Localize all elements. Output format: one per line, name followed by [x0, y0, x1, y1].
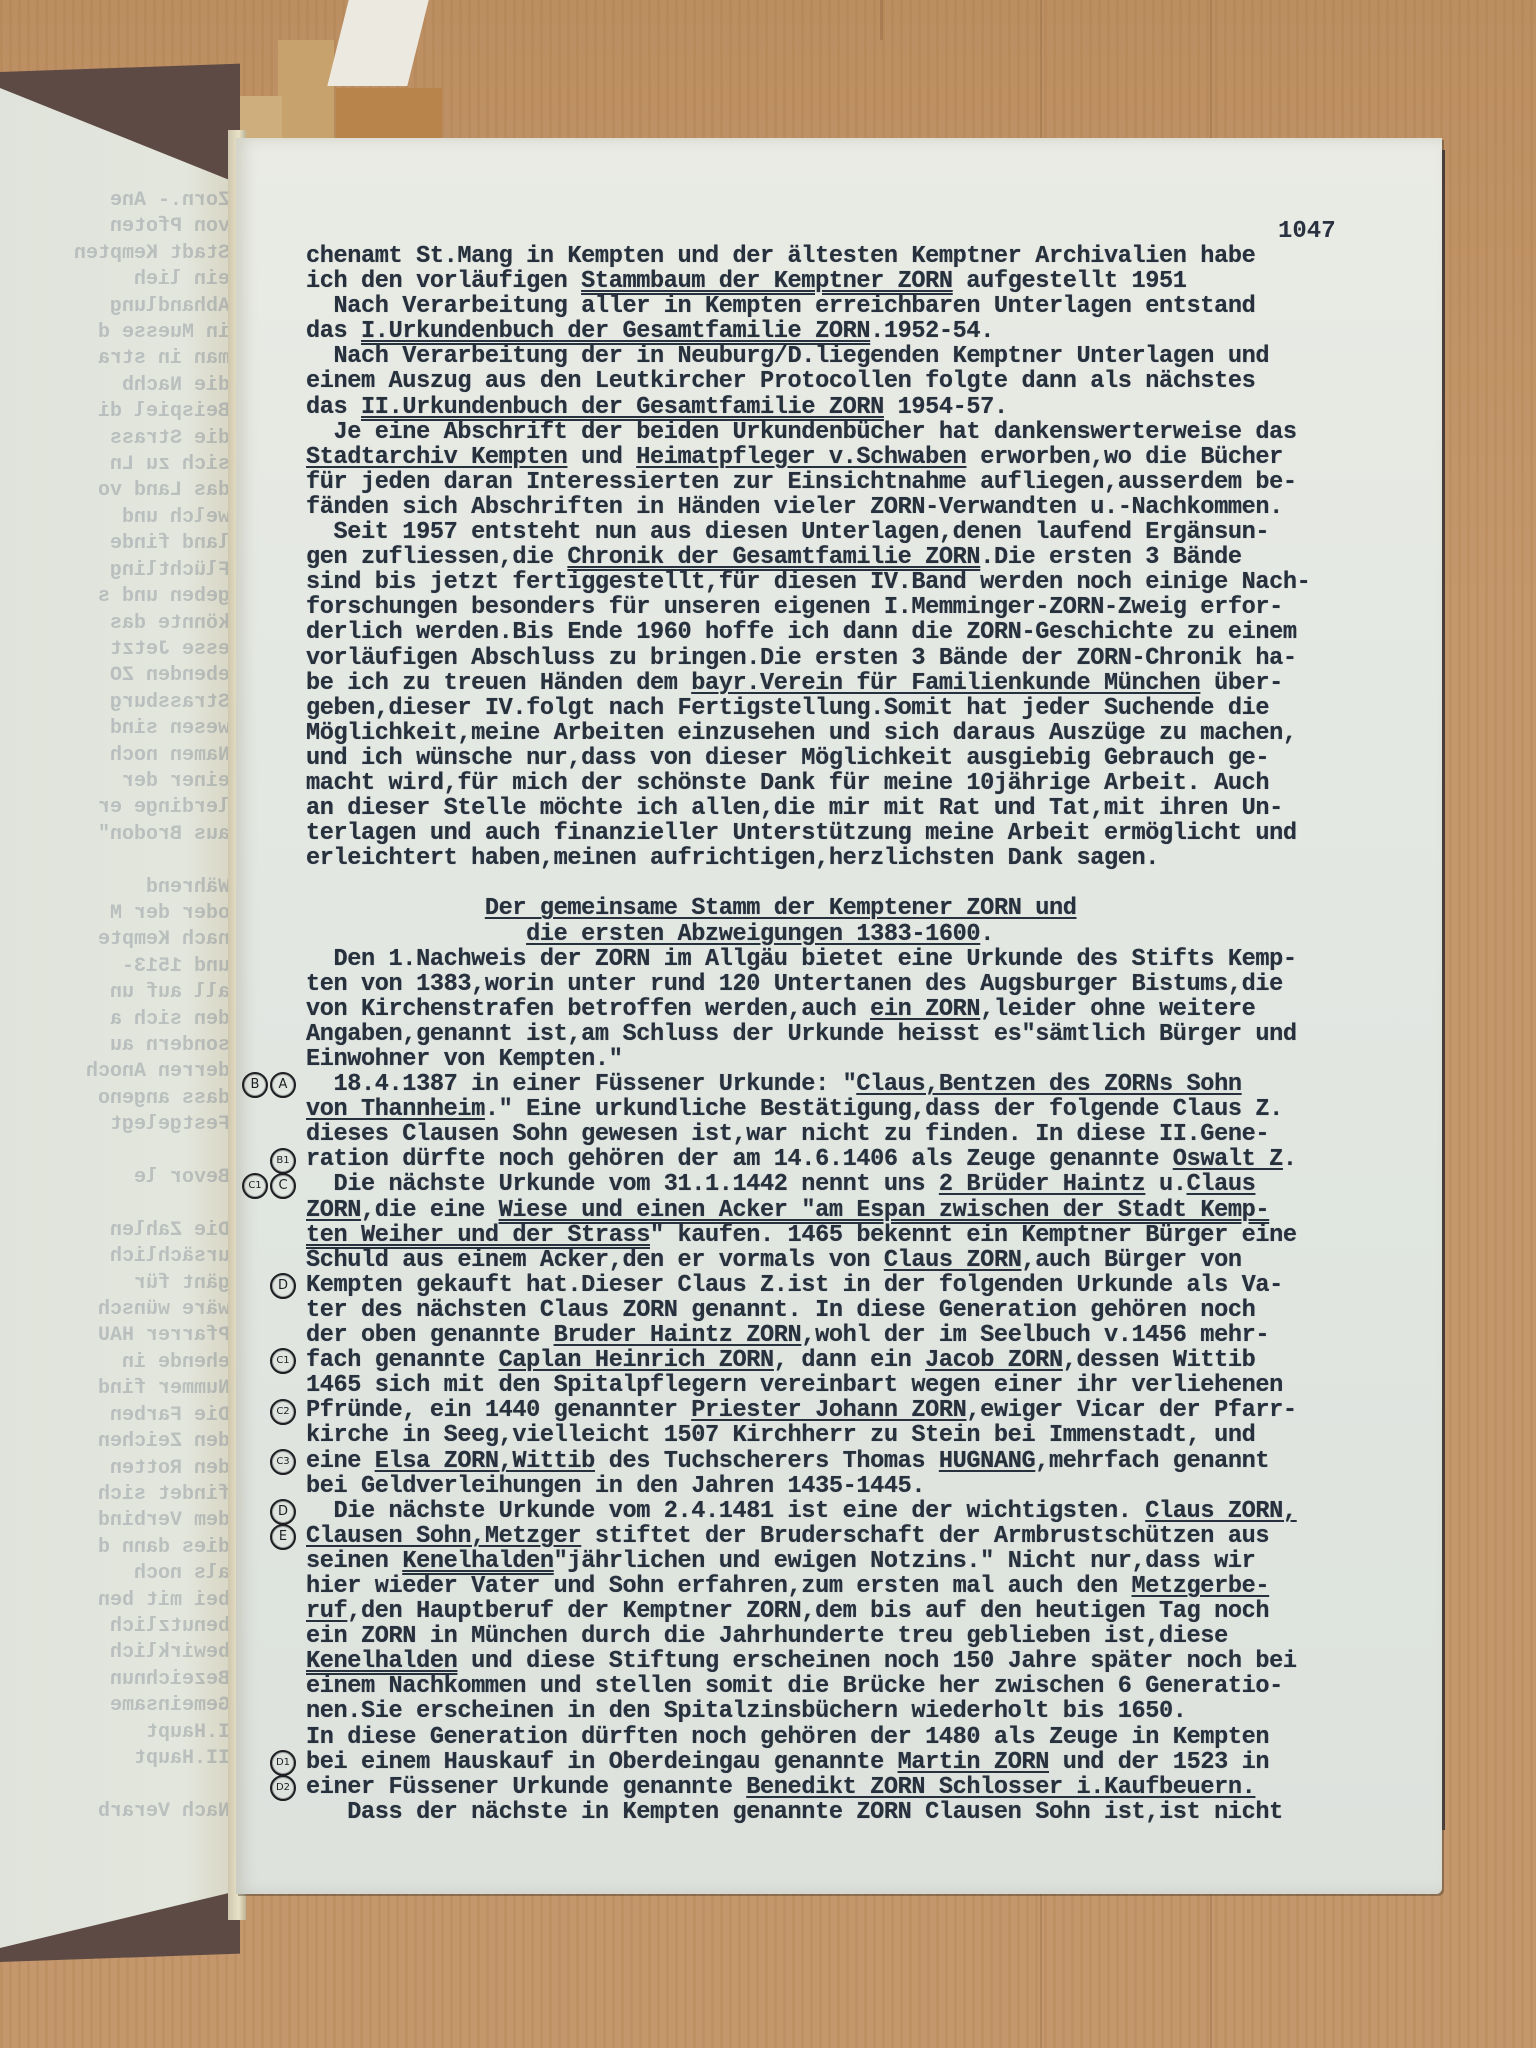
text-run: forschungen besonders für unseren eigene… [306, 594, 1283, 621]
text-run: Die nächste Urkunde vom 31.1.1442 nennt … [306, 1171, 939, 1198]
text-run: und der 1523 in [1049, 1749, 1269, 1776]
text-line: Schuld aus einem Acker,den er vormals vo… [306, 1248, 1426, 1273]
text-line: Die nächste Urkunde vom 31.1.1442 nennt … [306, 1172, 1426, 1197]
text-run: ,dessen Wittib [1063, 1347, 1256, 1374]
text-run: 1465 sich mit den Spitalpflegern vereinb… [306, 1372, 1283, 1399]
text-line: Angaben,genannt ist,am Schluss der Urkun… [306, 1022, 1426, 1047]
margin-annotation-circle: B1 [270, 1148, 296, 1174]
typewritten-body: chenamt St.Mang in Kempten und der ältes… [306, 244, 1426, 1825]
underlined-phrase: Jacob ZORN [925, 1347, 1063, 1374]
underlined-phrase: II.Urkundenbuch der Gesamtfamilie ZORN [361, 394, 884, 421]
text-line: derlich werden.Bis Ende 1960 hoffe ich d… [306, 620, 1426, 645]
text-run: "jährlichen und ewigen Notzins." Nicht n… [554, 1548, 1256, 1575]
text-run: .1952-54. [870, 318, 994, 345]
underlined-phrase: Metzgerbe- [1132, 1573, 1270, 1600]
text-run: .Die ersten 3 Bände [980, 544, 1241, 571]
text-line: und ich wünsche nur,dass von dieser Mögl… [306, 746, 1426, 771]
underlined-phrase: die ersten Abzweigungen 1383-1600 [526, 921, 980, 948]
text-run: von Kirchenstrafen betroffen werden,auch [306, 996, 870, 1023]
text-run: aufgestellt 1951 [953, 268, 1187, 295]
text-run: macht wird,für mich der schönste Dank fü… [306, 770, 1269, 797]
text-run: stiftet der Bruderschaft der Armbrustsch… [581, 1523, 1269, 1550]
text-line: 18.4.1387 in einer Füssener Urkunde: "Cl… [306, 1072, 1426, 1097]
underlined-phrase: von Thannheim [306, 1096, 485, 1123]
text-line: geben,dieser IV.folgt nach Fertigstellun… [306, 696, 1426, 721]
wood-knot [880, 0, 883, 40]
text-run: ,leider ohne weitere [980, 996, 1255, 1023]
margin-annotation-circle: D [270, 1499, 296, 1525]
text-run: eine [306, 1448, 375, 1475]
text-run: Je eine Abschrift der beiden Urkundenbüc… [306, 419, 1297, 446]
underlined-phrase: Clausen Sohn,Metzger [306, 1523, 581, 1550]
text-run: 1954-57. [884, 394, 1008, 421]
page-edge [1442, 150, 1445, 1830]
text-line: der oben genannte Bruder Haintz ZORN,woh… [306, 1323, 1426, 1348]
text-line: kirche in Seeg,vielleicht 1507 Kirchherr… [306, 1423, 1426, 1448]
tape-strip [327, 0, 428, 86]
showthrough-text: Zorn.- Ane von Pfoten Stadt Kempten ein … [0, 188, 230, 1825]
text-line: erleichtert haben,meinen aufrichtigen,he… [306, 846, 1426, 871]
text-line [306, 871, 1426, 896]
text-run: Dass der nächste in Kempten genannte ZOR… [306, 1799, 1283, 1826]
text-line: seinen Kenelhalden"jährlichen und ewigen… [306, 1549, 1426, 1574]
text-run: bei einem Hauskauf in Oberdeingau genann… [306, 1749, 898, 1776]
text-run: vorläufigen Abschluss zu bringen.Die ers… [306, 645, 1297, 672]
text-line: hier wieder Vater und Sohn erfahren,zum … [306, 1574, 1426, 1599]
text-run: ter des nächsten Claus ZORN genannt. In … [306, 1297, 1255, 1324]
text-run: u. [1145, 1171, 1186, 1198]
text-run: und ich wünsche nur,dass von dieser Mögl… [306, 745, 1269, 772]
text-line: von Kirchenstrafen betroffen werden,auch… [306, 997, 1426, 1022]
text-run: gen zufliessen,die [306, 544, 567, 571]
text-line: terlagen und auch finanzieller Unterstüt… [306, 821, 1426, 846]
text-run: der oben genannte [306, 1322, 554, 1349]
text-line: chenamt St.Mang in Kempten und der ältes… [306, 244, 1426, 269]
text-line: sind bis jetzt fertiggestellt,für diesen… [306, 570, 1426, 595]
underlined-phrase: HUGNANG [939, 1448, 1035, 1475]
text-line: Je eine Abschrift der beiden Urkundenbüc… [306, 420, 1426, 445]
text-run: erleichtert haben,meinen aufrichtigen,he… [306, 845, 1159, 872]
text-line: einem Auszug aus den Leutkircher Protoco… [306, 369, 1426, 394]
text-run: ,ewiger Vicar der Pfarr- [966, 1397, 1296, 1424]
text-line: ein ZORN in München durch die Jahrhunder… [306, 1624, 1426, 1649]
text-run: geben,dieser IV.folgt nach Fertigstellun… [306, 695, 1269, 722]
text-run: chenamt St.Mang in Kempten und der ältes… [306, 243, 1255, 270]
text-line: gen zufliessen,die Chronik der Gesamtfam… [306, 545, 1426, 570]
margin-annotation-circle: C1 [242, 1173, 268, 1199]
text-run: 18.4.1387 in einer Füssener Urkunde: " [306, 1071, 856, 1098]
underlined-phrase: Wiese und einen Acker "am Espan zwischen… [499, 1197, 1269, 1224]
margin-annotation-circle: C2 [270, 1399, 296, 1425]
text-run: ich den vorläufigen [306, 268, 581, 295]
text-run: Nach Verarbeitung der in Neuburg/D.liege… [306, 343, 1269, 370]
text-run: be ich zu treuen Händen dem [306, 670, 691, 697]
text-line: Die nächste Urkunde vom 2.4.1481 ist ein… [306, 1499, 1426, 1524]
underlined-phrase: Stadtarchiv Kempten [306, 444, 567, 471]
underlined-phrase: Oswalt Z [1173, 1146, 1283, 1173]
text-line: be ich zu treuen Händen dem bayr.Verein … [306, 671, 1426, 696]
underlined-phrase: Bruder Haintz ZORN [554, 1322, 802, 1349]
text-run: über- [1200, 670, 1283, 697]
text-line: macht wird,für mich der schönste Dank fü… [306, 771, 1426, 796]
text-run: seinen [306, 1548, 402, 1575]
text-line: Stadtarchiv Kempten und Heimatpfleger v.… [306, 445, 1426, 470]
text-run [306, 895, 485, 922]
text-run: Die nächste Urkunde vom 2.4.1481 ist ein… [306, 1498, 1145, 1525]
margin-annotation-circle: E [270, 1524, 296, 1550]
text-run: Schuld aus einem Acker,den er vormals vo… [306, 1247, 884, 1274]
text-line: Pfründe, ein 1440 genannter Priester Joh… [306, 1398, 1426, 1423]
underlined-phrase: ten Weiher und der Strass [306, 1222, 650, 1249]
text-line: Der gemeinsame Stamm der Kemptener ZORN … [306, 896, 1426, 921]
text-run: erworben,wo die Bücher [966, 444, 1282, 471]
text-run: das [306, 394, 361, 421]
underlined-phrase: Chronik der Gesamtfamilie ZORN [567, 544, 980, 571]
text-run: Nach Verarbeitung aller in Kempten errei… [306, 293, 1255, 320]
text-line: ten Weiher und der Strass" kaufen. 1465 … [306, 1223, 1426, 1248]
underlined-phrase: Der gemeinsame Stamm der Kemptener ZORN … [485, 895, 1077, 922]
underlined-phrase: I.Urkundenbuch der Gesamtfamilie ZORN [361, 318, 870, 345]
underlined-phrase: Claus [1187, 1171, 1256, 1198]
text-run: einem Nachkommen und stellen somit die B… [306, 1673, 1283, 1700]
text-run: Möglichkeit,meine Arbeiten einzusehen un… [306, 720, 1297, 747]
text-run: ,die eine [361, 1197, 499, 1224]
text-line: nen.Sie erscheinen in den Spitalzinsbüch… [306, 1699, 1426, 1724]
text-line: vorläufigen Abschluss zu bringen.Die ers… [306, 646, 1426, 671]
text-line: Kenelhalden und diese Stiftung erscheine… [306, 1649, 1426, 1674]
page-number: 1047 [1278, 218, 1336, 245]
text-line: Kempten gekauft hat.Dieser Claus Z.ist i… [306, 1273, 1426, 1298]
underlined-phrase: ein ZORN [870, 996, 980, 1023]
text-line: das II.Urkundenbuch der Gesamtfamilie ZO… [306, 395, 1426, 420]
text-run: Einwohner von Kempten." [306, 1046, 622, 1073]
text-run: und diese Stiftung erscheinen noch 150 J… [457, 1648, 1296, 1675]
text-run: , dann ein [774, 1347, 925, 1374]
text-run: Seit 1957 entsteht nun aus diesen Unterl… [306, 519, 1269, 546]
text-run: ration dürfte noch gehören der am 14.6.1… [306, 1146, 1173, 1173]
text-line: Clausen Sohn,Metzger stiftet der Bruders… [306, 1524, 1426, 1549]
text-run: dieses Clausen Sohn gewesen ist,war nich… [306, 1121, 1269, 1148]
text-run [306, 921, 526, 948]
underlined-phrase: Priester Johann ZORN [691, 1397, 966, 1424]
text-line: Möglichkeit,meine Arbeiten einzusehen un… [306, 721, 1426, 746]
text-line: Nach Verarbeitung aller in Kempten errei… [306, 294, 1426, 319]
tape-strip [336, 88, 442, 138]
text-line: ration dürfte noch gehören der am 14.6.1… [306, 1147, 1426, 1172]
underlined-phrase: Kenelhalden [306, 1648, 457, 1675]
text-line: 1465 sich mit den Spitalpflegern vereinb… [306, 1373, 1426, 1398]
text-line: einem Nachkommen und stellen somit die B… [306, 1674, 1426, 1699]
text-run: das [306, 318, 361, 345]
text-line: Nach Verarbeitung der in Neuburg/D.liege… [306, 344, 1426, 369]
text-line: einer Füssener Urkunde genannte Benedikt… [306, 1775, 1426, 1800]
text-run: derlich werden.Bis Ende 1960 hoffe ich d… [306, 619, 1297, 646]
text-run: Angaben,genannt ist,am Schluss der Urkun… [306, 1021, 1297, 1048]
text-line: für jeden daran Interessierten zur Einsi… [306, 470, 1426, 495]
underlined-phrase: Elsa ZORN,Wittib [375, 1448, 595, 1475]
underlined-phrase: Benedikt ZORN Schlosser i.Kaufbeuern. [746, 1774, 1255, 1801]
text-run: kirche in Seeg,vielleicht 1507 Kirchherr… [306, 1422, 1255, 1449]
text-line: Einwohner von Kempten." [306, 1047, 1426, 1072]
text-run: an dieser Stelle möchte ich allen,die mi… [306, 795, 1283, 822]
underlined-phrase: 2 Brüder Haintz [939, 1171, 1145, 1198]
text-line: das I.Urkundenbuch der Gesamtfamilie ZOR… [306, 319, 1426, 344]
text-run: einer Füssener Urkunde genannte [306, 1774, 746, 1801]
underlined-phrase: Kenelhalden [402, 1548, 553, 1575]
underlined-phrase: Claus,Bentzen des ZORNs Sohn [856, 1071, 1241, 1098]
text-line: ZORN,die eine Wiese und einen Acker "am … [306, 1198, 1426, 1223]
underlined-phrase: Stammbaum der Kemptner ZORN [581, 268, 952, 295]
text-run: Den 1.Nachweis der ZORN im Allgäu bietet… [306, 946, 1297, 973]
text-line: die ersten Abzweigungen 1383-1600. [306, 922, 1426, 947]
text-run: . [980, 921, 994, 948]
text-line: bei einem Hauskauf in Oberdeingau genann… [306, 1750, 1426, 1775]
text-line: Dass der nächste in Kempten genannte ZOR… [306, 1800, 1426, 1825]
underlined-phrase: Caplan Heinrich ZORN [499, 1347, 774, 1374]
margin-annotation-circle: D [270, 1273, 296, 1299]
text-run: sind bis jetzt fertiggestellt,für diesen… [306, 569, 1310, 596]
text-line: fach genannte Caplan Heinrich ZORN, dann… [306, 1348, 1426, 1373]
text-line: an dieser Stelle möchte ich allen,die mi… [306, 796, 1426, 821]
text-run: ten von 1383,worin unter rund 120 Untert… [306, 971, 1283, 998]
text-run: . [1283, 1146, 1297, 1173]
text-line: In diese Generation dürften noch gehören… [306, 1725, 1426, 1750]
underlined-phrase: ruf [306, 1598, 347, 1625]
text-line: von Thannheim." Eine urkundliche Bestäti… [306, 1097, 1426, 1122]
text-run: ,wohl der im Seelbuch v.1456 mehr- [801, 1322, 1269, 1349]
text-run: Pfründe, ein 1440 genannter [306, 1397, 691, 1424]
underlined-phrase: Claus ZORN [884, 1247, 1022, 1274]
underlined-phrase: Martin ZORN [898, 1749, 1049, 1776]
underlined-phrase: Heimatpfleger v.Schwaben [636, 444, 966, 471]
text-run: ,auch Bürger von [1021, 1247, 1241, 1274]
underlined-phrase: ZORN [306, 1197, 361, 1224]
margin-annotation-circle: D2 [270, 1775, 296, 1801]
text-run: fänden sich Abschriften in Händen vieler… [306, 494, 1283, 521]
text-run: Kempten gekauft hat.Dieser Claus Z.ist i… [306, 1272, 1283, 1299]
text-run: einem Auszug aus den Leutkircher Protoco… [306, 368, 1255, 395]
text-line: ich den vorläufigen Stammbaum der Kemptn… [306, 269, 1426, 294]
text-line: Seit 1957 entsteht nun aus diesen Unterl… [306, 520, 1426, 545]
text-run: hier wieder Vater und Sohn erfahren,zum … [306, 1573, 1132, 1600]
text-run: terlagen und auch finanzieller Unterstüt… [306, 820, 1297, 847]
text-run: für jeden daran Interessierten zur Einsi… [306, 469, 1297, 496]
text-line: Den 1.Nachweis der ZORN im Allgäu bietet… [306, 947, 1426, 972]
text-line: ruf,den Hauptberuf der Kemptner ZORN,dem… [306, 1599, 1426, 1624]
margin-annotation-circle: D1 [270, 1750, 296, 1776]
underlined-phrase: bayr.Verein für Familienkunde München [691, 670, 1200, 697]
text-run: ,mehrfach genannt [1035, 1448, 1269, 1475]
text-line: ten von 1383,worin unter rund 120 Untert… [306, 972, 1426, 997]
text-run: und [567, 444, 636, 471]
text-run: fach genannte [306, 1347, 499, 1374]
text-line: fänden sich Abschriften in Händen vieler… [306, 495, 1426, 520]
text-run: bei Geldverleihungen in den Jahren 1435-… [306, 1473, 925, 1500]
text-run: nen.Sie erscheinen in den Spitalzinsbüch… [306, 1698, 1187, 1725]
text-run: " kaufen. 1465 bekennt ein Kemptner Bürg… [650, 1222, 1297, 1249]
text-line: dieses Clausen Sohn gewesen ist,war nich… [306, 1122, 1426, 1147]
text-line: bei Geldverleihungen in den Jahren 1435-… [306, 1474, 1426, 1499]
text-run: ein ZORN in München durch die Jahrhunder… [306, 1623, 1228, 1650]
tape-strip [278, 40, 334, 140]
text-line: eine Elsa ZORN,Wittib des Tuchscherers T… [306, 1449, 1426, 1474]
underlined-phrase: Claus ZORN, [1145, 1498, 1296, 1525]
text-line: ter des nächsten Claus ZORN genannt. In … [306, 1298, 1426, 1323]
facing-page: Zorn.- Ane von Pfoten Stadt Kempten ein … [0, 88, 232, 1948]
text-run: In diese Generation dürften noch gehören… [306, 1724, 1269, 1751]
text-run: des Tuchscherers Thomas [595, 1448, 939, 1475]
text-line: forschungen besonders für unseren eigene… [306, 595, 1426, 620]
margin-annotation-circle: C3 [270, 1449, 296, 1475]
text-run: ." Eine urkundliche Bestätigung,dass der… [485, 1096, 1283, 1123]
margin-annotation-circle: C [270, 1173, 296, 1199]
text-run: ,den Hauptberuf der Kemptner ZORN,dem bi… [347, 1598, 1269, 1625]
